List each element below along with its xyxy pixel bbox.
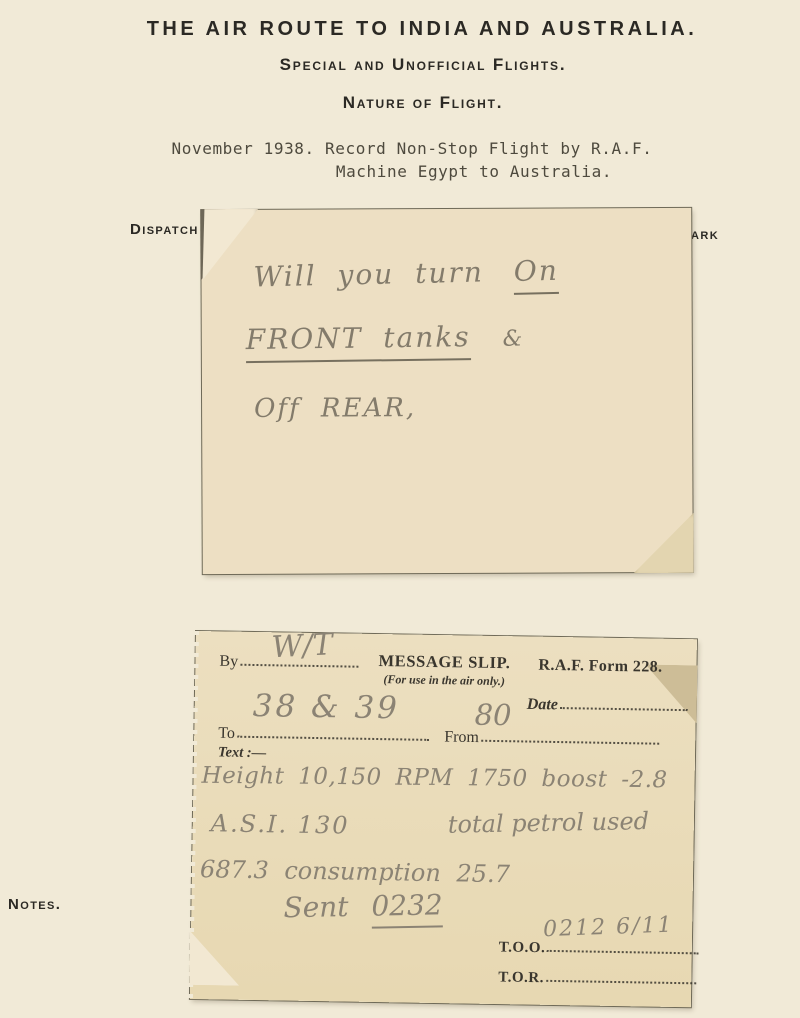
slip-body-line-2-asi: A.S.I. 130	[211, 809, 350, 839]
note-line-1-text: Will you turn	[253, 255, 484, 293]
too-field-value: 0212 6/11	[543, 913, 674, 943]
form-number: R.A.F. Form 228.	[538, 657, 662, 677]
subtitle-nature-of-flight: Nature of Flight.	[23, 93, 800, 113]
tor-field-label: T.O.R.	[498, 969, 544, 986]
to-field: To	[218, 723, 429, 746]
handwritten-note-card: Will you turnOn FRONT tanks& Off REAR,	[201, 208, 693, 574]
typed-caption-line2: Machine Egypt to Australia.	[74, 162, 800, 181]
folded-corner-bottom-right	[634, 513, 694, 573]
date-field-line	[560, 695, 688, 712]
date-field: Date	[527, 694, 688, 716]
by-field-label: By	[219, 653, 238, 670]
text-field-label: Text :—	[218, 744, 266, 762]
slip-subtitle: (For use in the air only.)	[363, 672, 525, 690]
to-field-value: 38 & 39	[252, 688, 400, 726]
typed-caption-line1: November 1938. Record Non-Stop Flight by…	[12, 139, 800, 158]
note-line-2: FRONT tanks&	[246, 319, 525, 356]
album-page: THE AIR ROUTE TO INDIA AND AUSTRALIA. Sp…	[0, 0, 800, 1018]
dispatch-label: Dispatch	[130, 221, 199, 238]
note-line-2-underlined: FRONT tanks	[246, 320, 471, 363]
sent-time-note: Sent 0232	[283, 888, 443, 924]
note-line-2-ampersand: &	[502, 326, 524, 351]
tor-field-line	[546, 968, 696, 985]
sent-time-value: 0232	[371, 888, 443, 928]
tor-field: T.O.R.	[498, 967, 696, 990]
to-field-line	[237, 724, 429, 742]
from-field-value: 80	[474, 698, 511, 733]
note-line-1: Will you turnOn	[253, 254, 559, 294]
too-field-label: T.O.O.	[499, 939, 546, 956]
slip-title: MESSAGE SLIP.	[363, 651, 525, 674]
message-slip-form: By W/T MESSAGE SLIP. (For use in the air…	[190, 631, 697, 1007]
slip-body-line-2-petrol: total petrol used	[448, 807, 650, 839]
to-field-label: To	[218, 725, 235, 742]
remark-label-partial: ark	[691, 226, 719, 243]
slip-body-line-3: 687.3 consumption 25.7	[200, 855, 510, 888]
note-line-1-underlined: On	[513, 254, 559, 295]
date-field-label: Date	[527, 696, 558, 714]
too-field: T.O.O.	[499, 937, 700, 960]
notes-label: Notes.	[8, 896, 61, 913]
subtitle-special-flights: Special and Unofficial Flights.	[23, 55, 800, 75]
slip-body-line-1: Height 10,150 RPM 1750 boost -2.8	[201, 763, 667, 793]
sent-word: Sent	[283, 890, 349, 924]
note-line-3: Off REAR,	[254, 393, 416, 424]
folded-corner-top-left	[202, 209, 258, 283]
page-title: THE AIR ROUTE TO INDIA AND AUSTRALIA.	[22, 18, 800, 41]
folded-corner-bottom-left	[189, 931, 240, 986]
by-field-value: W/T	[271, 627, 334, 665]
slip-title-block: MESSAGE SLIP. (For use in the air only.)	[363, 651, 526, 690]
